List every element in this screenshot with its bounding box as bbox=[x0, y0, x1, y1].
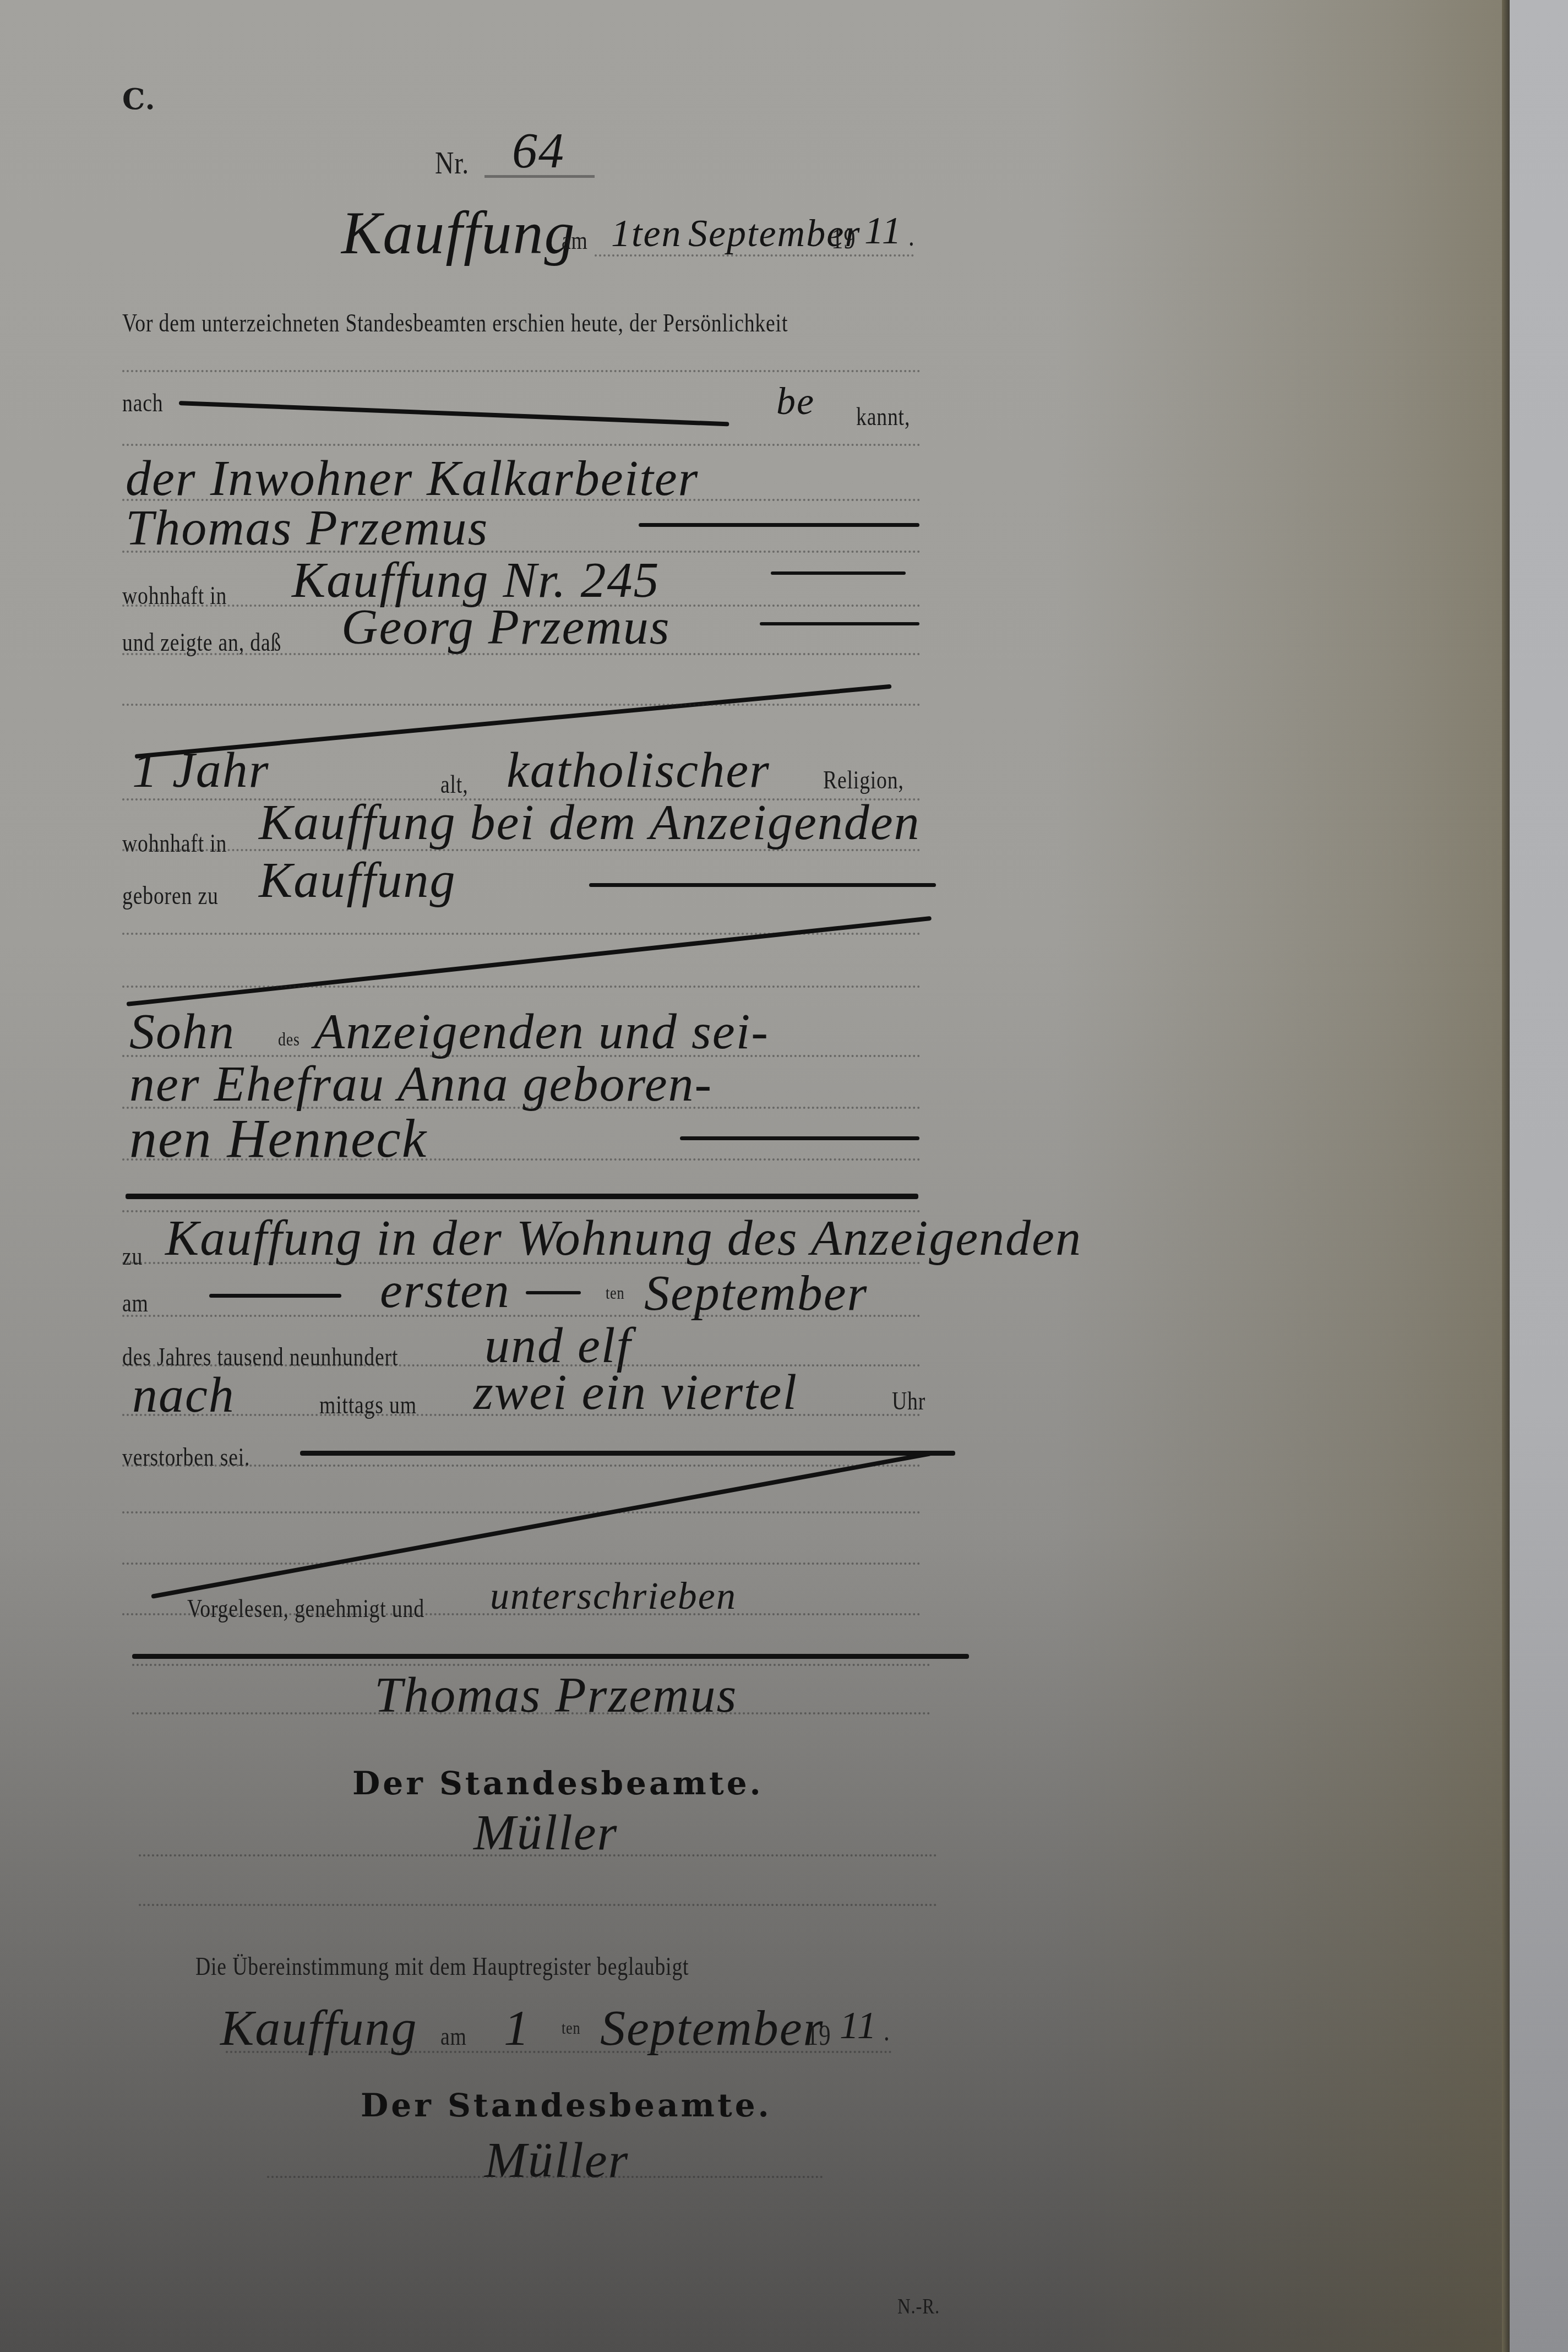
dotline bbox=[267, 2176, 823, 2178]
fill-line bbox=[771, 571, 906, 575]
registrar-signature: Müller bbox=[473, 1803, 618, 1861]
dotline bbox=[139, 1904, 937, 1906]
certification-text: Die Übereinstimmung mit dem Hauptregiste… bbox=[195, 1952, 689, 1981]
birthplace-label: geboren zu bbox=[122, 881, 219, 910]
fill-line bbox=[209, 1294, 341, 1298]
death-month: September bbox=[644, 1264, 868, 1322]
number-underline bbox=[484, 175, 595, 178]
identity-handwritten: be bbox=[776, 380, 815, 424]
certification-signature: Müller bbox=[484, 2131, 629, 2189]
dotline bbox=[132, 1712, 930, 1714]
dotline bbox=[122, 1562, 921, 1565]
number-label: Nr. bbox=[435, 144, 469, 181]
registration-year-prefix: 19 bbox=[831, 223, 856, 255]
death-am-label: am bbox=[122, 1288, 149, 1317]
fill-line bbox=[300, 1451, 955, 1456]
fill-line bbox=[760, 622, 919, 625]
registration-period: . bbox=[908, 220, 914, 253]
footer-mark: N.-R. bbox=[897, 2293, 940, 2319]
fill-line bbox=[526, 1291, 581, 1294]
death-time: zwei ein viertel bbox=[473, 1363, 798, 1421]
dotline bbox=[122, 444, 921, 446]
certification-day: 1 bbox=[504, 1999, 530, 2057]
death-day: ersten bbox=[380, 1261, 510, 1319]
record-number: 64 bbox=[512, 121, 565, 179]
dotline bbox=[122, 370, 921, 372]
dotline bbox=[122, 986, 921, 988]
registration-am-label: am bbox=[562, 226, 588, 255]
registration-place: Kauffung bbox=[341, 198, 576, 268]
certification-place: Kauffung bbox=[220, 1999, 417, 2057]
dotline bbox=[122, 1414, 921, 1416]
parents-line1-b: Anzeigenden und sei- bbox=[314, 1002, 769, 1060]
fill-line bbox=[680, 1136, 919, 1140]
intro-line: Vor dem unterzeichneten Standesbeamten e… bbox=[122, 308, 788, 337]
fill-line bbox=[132, 1654, 969, 1659]
form-letter: C. bbox=[122, 83, 156, 116]
nach-label: nach bbox=[122, 388, 163, 417]
deceased-name: Georg Przemus bbox=[341, 597, 671, 656]
approval-label: Vorgelesen, genehmigt und bbox=[187, 1594, 424, 1623]
certification-heading: Der Standesbeamte. bbox=[361, 2087, 772, 2124]
parents-line2: ner Ehefrau Anna geboren- bbox=[129, 1054, 712, 1113]
death-ten-label: ten bbox=[606, 1283, 625, 1303]
informant-name: Thomas Przemus bbox=[126, 498, 488, 557]
uhr-label: Uhr bbox=[892, 1386, 925, 1415]
certification-period: . bbox=[884, 2015, 890, 2048]
birthplace: Kauffung bbox=[259, 851, 456, 909]
approval-value: unterschrieben bbox=[490, 1575, 737, 1619]
dotline bbox=[122, 704, 921, 706]
fill-line bbox=[639, 523, 919, 527]
parents-line1-a: Sohn bbox=[129, 1002, 235, 1060]
fill-line bbox=[126, 1194, 918, 1199]
deceased-religion: katholischer bbox=[507, 741, 770, 799]
kannt-label: kannt, bbox=[856, 402, 910, 431]
certification-ten-label: ten bbox=[562, 2018, 581, 2038]
registration-day: 1ten bbox=[611, 212, 682, 256]
religion-label: Religion, bbox=[823, 765, 904, 794]
dotline bbox=[122, 849, 921, 851]
death-place-label: zu bbox=[122, 1242, 143, 1271]
adjacent-page bbox=[1510, 0, 1568, 2352]
deceased-residence-label: wohnhaft in bbox=[122, 829, 227, 858]
fill-line bbox=[589, 883, 936, 887]
page-edge bbox=[1502, 0, 1510, 2352]
certification-month: September bbox=[600, 1999, 824, 2057]
informant-signature: Thomas Przemus bbox=[374, 1665, 737, 1724]
dotline bbox=[122, 1158, 921, 1161]
verstorben-label: verstorben sei. bbox=[122, 1442, 250, 1472]
dotline bbox=[122, 1613, 921, 1615]
dotline bbox=[122, 1464, 921, 1467]
registration-year-suffix: 11 bbox=[864, 209, 902, 253]
registrar-heading: Der Standesbeamte. bbox=[352, 1765, 764, 1802]
dotline bbox=[226, 2051, 892, 2053]
dotline bbox=[122, 653, 921, 655]
parents-des: des bbox=[278, 1030, 300, 1050]
dotline bbox=[139, 1854, 937, 1856]
dotline bbox=[122, 1511, 921, 1513]
date-dotline bbox=[595, 254, 914, 257]
certification-year-suffix: 11 bbox=[840, 2004, 878, 2048]
certification-am-label: am bbox=[440, 2022, 467, 2051]
death-place: Kauffung in der Wohnung des Anzeigenden bbox=[165, 1208, 1082, 1267]
certification-year-prefix: 19 bbox=[807, 2019, 831, 2052]
deceased-age: 1 Jahr bbox=[132, 741, 270, 799]
deceased-residence: Kauffung bei dem Anzeigenden bbox=[259, 793, 921, 851]
